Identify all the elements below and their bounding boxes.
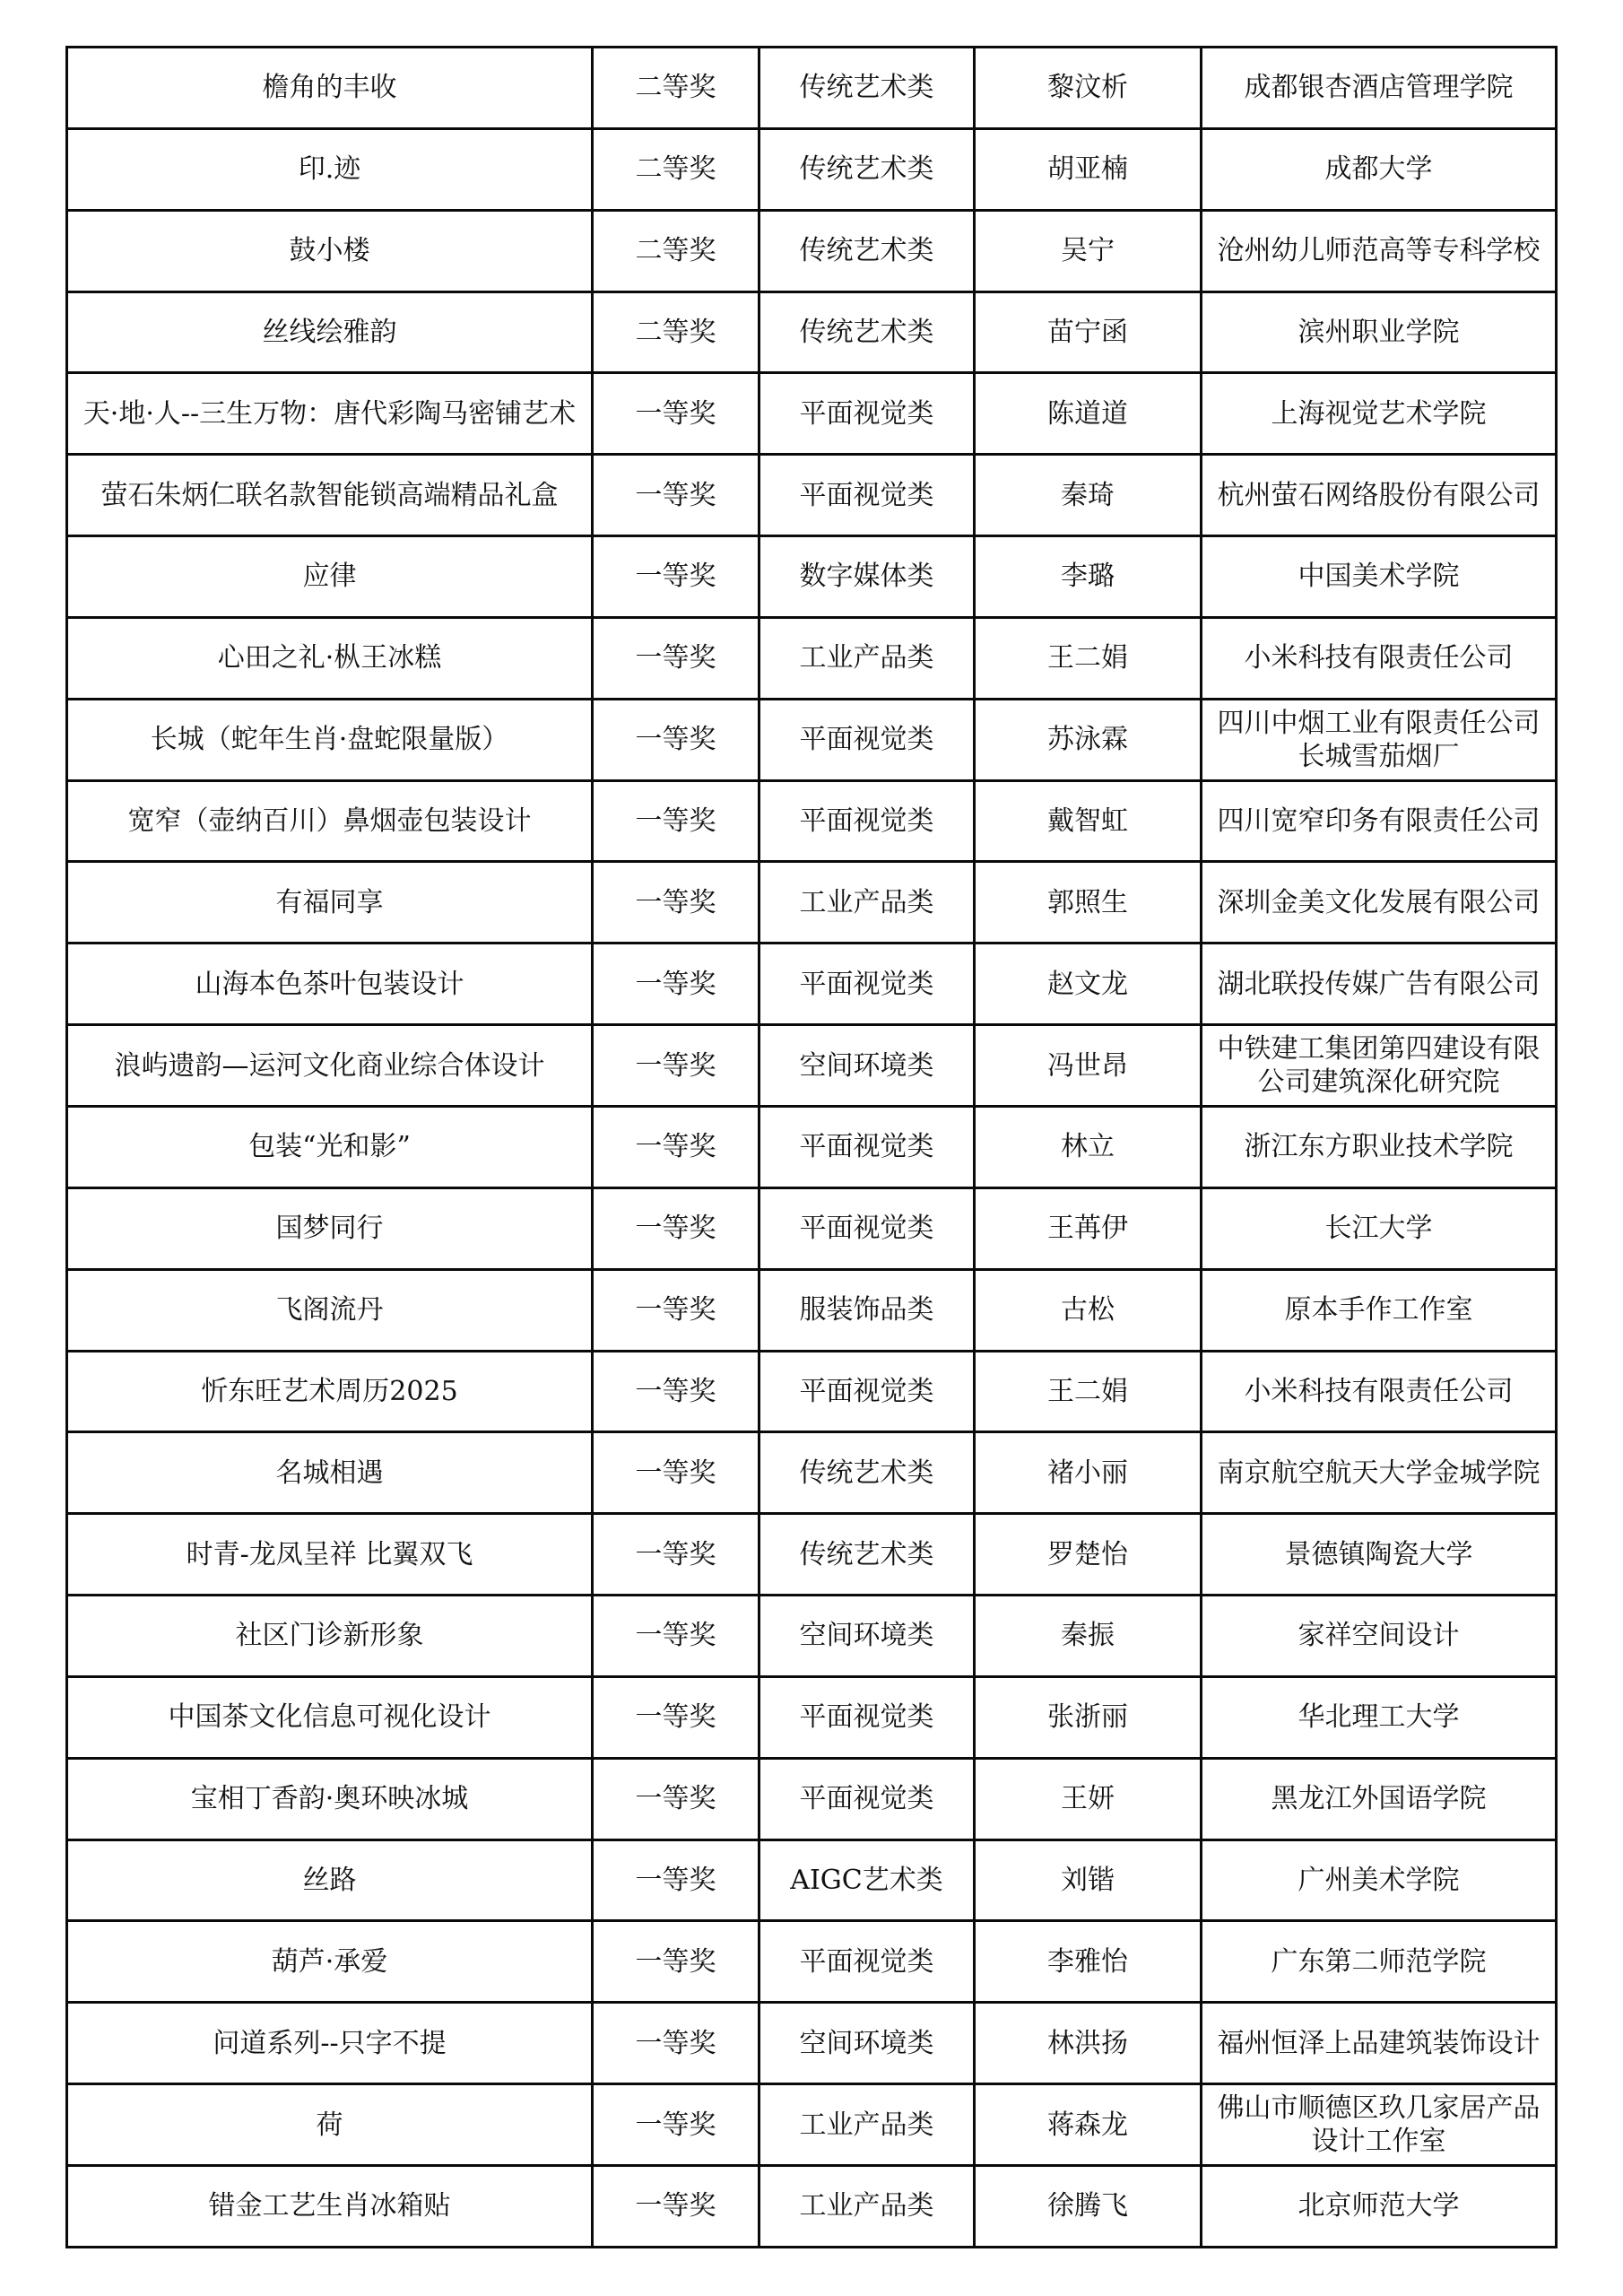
organization-cell: 家祥空间设计 — [1202, 1596, 1557, 1677]
organization-cell: 四川宽窄印务有限责任公司 — [1202, 780, 1557, 862]
table-row: 浪屿遗韵—运河文化商业综合体设计一等奖空间环境类冯世昂中铁建工集团第四建设有限公… — [67, 1025, 1557, 1107]
award-level-cell: 一等奖 — [593, 1432, 759, 1514]
work-title-cell: 忻东旺艺术周历2025 — [67, 1351, 593, 1432]
category-cell: 平面视觉类 — [759, 1921, 975, 2003]
awards-table-body: 檐角的丰收二等奖传统艺术类黎汶析成都银杏酒店管理学院印.迹二等奖传统艺术类胡亚楠… — [67, 48, 1557, 2248]
award-level-cell: 一等奖 — [593, 1351, 759, 1432]
table-row: 印.迹二等奖传统艺术类胡亚楠成都大学 — [67, 128, 1557, 210]
author-cell: 郭照生 — [975, 862, 1202, 944]
category-cell: 平面视觉类 — [759, 1758, 975, 1839]
award-level-cell: 一等奖 — [593, 1269, 759, 1351]
work-title-cell: 错金工艺生肖冰箱贴 — [67, 2165, 593, 2247]
author-cell: 刘锴 — [975, 1839, 1202, 1921]
category-cell: 平面视觉类 — [759, 1351, 975, 1432]
work-title-cell: 长城（蛇年生肖·盘蛇限量版） — [67, 699, 593, 780]
work-title-cell: 飞阁流丹 — [67, 1269, 593, 1351]
award-level-cell: 一等奖 — [593, 2165, 759, 2247]
organization-cell: 景德镇陶瓷大学 — [1202, 1514, 1557, 1596]
organization-cell: 四川中烟工业有限责任公司长城雪茄烟厂 — [1202, 699, 1557, 780]
organization-cell: 中国美术学院 — [1202, 536, 1557, 618]
category-cell: 传统艺术类 — [759, 1514, 975, 1596]
award-level-cell: 一等奖 — [593, 1596, 759, 1677]
document-page: 檐角的丰收二等奖传统艺术类黎汶析成都银杏酒店管理学院印.迹二等奖传统艺术类胡亚楠… — [0, 0, 1623, 2296]
category-cell: 传统艺术类 — [759, 1432, 975, 1514]
table-row: 天·地·人--三生万物：唐代彩陶马密铺艺术一等奖平面视觉类陈道道上海视觉艺术学院 — [67, 373, 1557, 455]
author-cell: 吴宁 — [975, 210, 1202, 291]
category-cell: 平面视觉类 — [759, 455, 975, 536]
organization-cell: 成都银杏酒店管理学院 — [1202, 48, 1557, 129]
award-level-cell: 一等奖 — [593, 862, 759, 944]
table-row: 飞阁流丹一等奖服装饰品类古松原本手作工作室 — [67, 1269, 1557, 1351]
organization-cell: 湖北联投传媒广告有限公司 — [1202, 944, 1557, 1025]
category-cell: 平面视觉类 — [759, 1676, 975, 1758]
author-cell: 古松 — [975, 1269, 1202, 1351]
organization-cell: 中铁建工集团第四建设有限公司建筑深化研究院 — [1202, 1025, 1557, 1107]
author-cell: 李雅怡 — [975, 1921, 1202, 2003]
category-cell: 工业产品类 — [759, 2084, 975, 2166]
award-level-cell: 一等奖 — [593, 1514, 759, 1596]
table-row: 檐角的丰收二等奖传统艺术类黎汶析成都银杏酒店管理学院 — [67, 48, 1557, 129]
category-cell: 平面视觉类 — [759, 1106, 975, 1187]
author-cell: 冯世昂 — [975, 1025, 1202, 1107]
award-level-cell: 一等奖 — [593, 1187, 759, 1269]
award-level-cell: 一等奖 — [593, 455, 759, 536]
work-title-cell: 社区门诊新形象 — [67, 1596, 593, 1677]
table-row: 宽窄（壶纳百川）鼻烟壶包装设计一等奖平面视觉类戴智虹四川宽窄印务有限责任公司 — [67, 780, 1557, 862]
work-title-cell: 问道系列--只字不提 — [67, 2003, 593, 2084]
work-title-cell: 葫芦·承爱 — [67, 1921, 593, 2003]
award-level-cell: 一等奖 — [593, 1106, 759, 1187]
organization-cell: 广州美术学院 — [1202, 1839, 1557, 1921]
award-level-cell: 一等奖 — [593, 373, 759, 455]
organization-cell: 滨州职业学院 — [1202, 291, 1557, 373]
author-cell: 王二娟 — [975, 1351, 1202, 1432]
author-cell: 秦琦 — [975, 455, 1202, 536]
award-level-cell: 二等奖 — [593, 48, 759, 129]
organization-cell: 杭州萤石网络股份有限公司 — [1202, 455, 1557, 536]
work-title-cell: 国梦同行 — [67, 1187, 593, 1269]
organization-cell: 原本手作工作室 — [1202, 1269, 1557, 1351]
work-title-cell: 宝相丁香韵·奥环映冰城 — [67, 1758, 593, 1839]
category-cell: AIGC艺术类 — [759, 1839, 975, 1921]
work-title-cell: 浪屿遗韵—运河文化商业综合体设计 — [67, 1025, 593, 1107]
author-cell: 赵文龙 — [975, 944, 1202, 1025]
award-level-cell: 一等奖 — [593, 699, 759, 780]
award-level-cell: 一等奖 — [593, 617, 759, 699]
work-title-cell: 鼓小楼 — [67, 210, 593, 291]
category-cell: 空间环境类 — [759, 2003, 975, 2084]
organization-cell: 成都大学 — [1202, 128, 1557, 210]
category-cell: 工业产品类 — [759, 2165, 975, 2247]
author-cell: 蒋森龙 — [975, 2084, 1202, 2166]
table-row: 错金工艺生肖冰箱贴一等奖工业产品类徐腾飞北京师范大学 — [67, 2165, 1557, 2247]
category-cell: 传统艺术类 — [759, 128, 975, 210]
organization-cell: 福州恒泽上品建筑装饰设计 — [1202, 2003, 1557, 2084]
category-cell: 平面视觉类 — [759, 1187, 975, 1269]
work-title-cell: 印.迹 — [67, 128, 593, 210]
work-title-cell: 时青-龙凤呈祥 比翼双飞 — [67, 1514, 593, 1596]
organization-cell: 沧州幼儿师范高等专科学校 — [1202, 210, 1557, 291]
author-cell: 林立 — [975, 1106, 1202, 1187]
author-cell: 王二娟 — [975, 617, 1202, 699]
organization-cell: 上海视觉艺术学院 — [1202, 373, 1557, 455]
organization-cell: 小米科技有限责任公司 — [1202, 1351, 1557, 1432]
organization-cell: 深圳金美文化发展有限公司 — [1202, 862, 1557, 944]
organization-cell: 广东第二师范学院 — [1202, 1921, 1557, 2003]
organization-cell: 黑龙江外国语学院 — [1202, 1758, 1557, 1839]
category-cell: 平面视觉类 — [759, 944, 975, 1025]
award-level-cell: 一等奖 — [593, 1676, 759, 1758]
table-row: 萤石朱炳仁联名款智能锁高端精品礼盒一等奖平面视觉类秦琦杭州萤石网络股份有限公司 — [67, 455, 1557, 536]
work-title-cell: 应律 — [67, 536, 593, 618]
work-title-cell: 檐角的丰收 — [67, 48, 593, 129]
work-title-cell: 天·地·人--三生万物：唐代彩陶马密铺艺术 — [67, 373, 593, 455]
work-title-cell: 荷 — [67, 2084, 593, 2166]
author-cell: 胡亚楠 — [975, 128, 1202, 210]
work-title-cell: 包装“光和影” — [67, 1106, 593, 1187]
organization-cell: 佛山市顺德区玖几家居产品设计工作室 — [1202, 2084, 1557, 2166]
work-title-cell: 萤石朱炳仁联名款智能锁高端精品礼盒 — [67, 455, 593, 536]
award-level-cell: 一等奖 — [593, 1025, 759, 1107]
work-title-cell: 丝路 — [67, 1839, 593, 1921]
organization-cell: 浙江东方职业技术学院 — [1202, 1106, 1557, 1187]
category-cell: 工业产品类 — [759, 617, 975, 699]
category-cell: 平面视觉类 — [759, 780, 975, 862]
author-cell: 褚小丽 — [975, 1432, 1202, 1514]
award-level-cell: 一等奖 — [593, 1839, 759, 1921]
category-cell: 空间环境类 — [759, 1596, 975, 1677]
author-cell: 徐腾飞 — [975, 2165, 1202, 2247]
work-title-cell: 宽窄（壶纳百川）鼻烟壶包装设计 — [67, 780, 593, 862]
category-cell: 服装饰品类 — [759, 1269, 975, 1351]
author-cell: 王妍 — [975, 1758, 1202, 1839]
work-title-cell: 丝线绘雅韵 — [67, 291, 593, 373]
table-row: 中国茶文化信息可视化设计一等奖平面视觉类张浙丽华北理工大学 — [67, 1676, 1557, 1758]
organization-cell: 南京航空航天大学金城学院 — [1202, 1432, 1557, 1514]
table-row: 山海本色茶叶包装设计一等奖平面视觉类赵文龙湖北联投传媒广告有限公司 — [67, 944, 1557, 1025]
author-cell: 苗宁函 — [975, 291, 1202, 373]
award-level-cell: 二等奖 — [593, 291, 759, 373]
category-cell: 传统艺术类 — [759, 210, 975, 291]
organization-cell: 北京师范大学 — [1202, 2165, 1557, 2247]
author-cell: 陈道道 — [975, 373, 1202, 455]
author-cell: 林洪扬 — [975, 2003, 1202, 2084]
work-title-cell: 中国茶文化信息可视化设计 — [67, 1676, 593, 1758]
work-title-cell: 心田之礼·枞王冰糕 — [67, 617, 593, 699]
organization-cell: 小米科技有限责任公司 — [1202, 617, 1557, 699]
table-row: 葫芦·承爱一等奖平面视觉类李雅怡广东第二师范学院 — [67, 1921, 1557, 2003]
organization-cell: 长江大学 — [1202, 1187, 1557, 1269]
organization-cell: 华北理工大学 — [1202, 1676, 1557, 1758]
award-level-cell: 一等奖 — [593, 2003, 759, 2084]
table-row: 宝相丁香韵·奥环映冰城一等奖平面视觉类王妍黑龙江外国语学院 — [67, 1758, 1557, 1839]
category-cell: 传统艺术类 — [759, 48, 975, 129]
work-title-cell: 有福同享 — [67, 862, 593, 944]
table-row: 忻东旺艺术周历2025一等奖平面视觉类王二娟小米科技有限责任公司 — [67, 1351, 1557, 1432]
work-title-cell: 名城相遇 — [67, 1432, 593, 1514]
author-cell: 黎汶析 — [975, 48, 1202, 129]
author-cell: 戴智虹 — [975, 780, 1202, 862]
author-cell: 苏泳霖 — [975, 699, 1202, 780]
table-row: 丝路一等奖AIGC艺术类刘锴广州美术学院 — [67, 1839, 1557, 1921]
table-row: 荷一等奖工业产品类蒋森龙佛山市顺德区玖几家居产品设计工作室 — [67, 2084, 1557, 2166]
award-level-cell: 二等奖 — [593, 210, 759, 291]
awards-table: 檐角的丰收二等奖传统艺术类黎汶析成都银杏酒店管理学院印.迹二等奖传统艺术类胡亚楠… — [65, 46, 1558, 2248]
author-cell: 张浙丽 — [975, 1676, 1202, 1758]
table-row: 国梦同行一等奖平面视觉类王苒伊长江大学 — [67, 1187, 1557, 1269]
author-cell: 王苒伊 — [975, 1187, 1202, 1269]
table-row: 有福同享一等奖工业产品类郭照生深圳金美文化发展有限公司 — [67, 862, 1557, 944]
category-cell: 空间环境类 — [759, 1025, 975, 1107]
award-level-cell: 一等奖 — [593, 536, 759, 618]
table-row: 社区门诊新形象一等奖空间环境类秦振家祥空间设计 — [67, 1596, 1557, 1677]
category-cell: 数字媒体类 — [759, 536, 975, 618]
award-level-cell: 一等奖 — [593, 944, 759, 1025]
category-cell: 传统艺术类 — [759, 291, 975, 373]
work-title-cell: 山海本色茶叶包装设计 — [67, 944, 593, 1025]
table-row: 时青-龙凤呈祥 比翼双飞一等奖传统艺术类罗楚怡景德镇陶瓷大学 — [67, 1514, 1557, 1596]
table-row: 包装“光和影”一等奖平面视觉类林立浙江东方职业技术学院 — [67, 1106, 1557, 1187]
category-cell: 平面视觉类 — [759, 373, 975, 455]
award-level-cell: 一等奖 — [593, 2084, 759, 2166]
award-level-cell: 一等奖 — [593, 1758, 759, 1839]
category-cell: 平面视觉类 — [759, 699, 975, 780]
table-row: 长城（蛇年生肖·盘蛇限量版）一等奖平面视觉类苏泳霖四川中烟工业有限责任公司长城雪… — [67, 699, 1557, 780]
award-level-cell: 一等奖 — [593, 1921, 759, 2003]
author-cell: 罗楚怡 — [975, 1514, 1202, 1596]
author-cell: 李璐 — [975, 536, 1202, 618]
table-row: 心田之礼·枞王冰糕一等奖工业产品类王二娟小米科技有限责任公司 — [67, 617, 1557, 699]
table-row: 鼓小楼二等奖传统艺术类吴宁沧州幼儿师范高等专科学校 — [67, 210, 1557, 291]
category-cell: 工业产品类 — [759, 862, 975, 944]
award-level-cell: 二等奖 — [593, 128, 759, 210]
table-row: 问道系列--只字不提一等奖空间环境类林洪扬福州恒泽上品建筑装饰设计 — [67, 2003, 1557, 2084]
author-cell: 秦振 — [975, 1596, 1202, 1677]
table-row: 应律一等奖数字媒体类李璐中国美术学院 — [67, 536, 1557, 618]
award-level-cell: 一等奖 — [593, 780, 759, 862]
table-row: 名城相遇一等奖传统艺术类褚小丽南京航空航天大学金城学院 — [67, 1432, 1557, 1514]
table-row: 丝线绘雅韵二等奖传统艺术类苗宁函滨州职业学院 — [67, 291, 1557, 373]
